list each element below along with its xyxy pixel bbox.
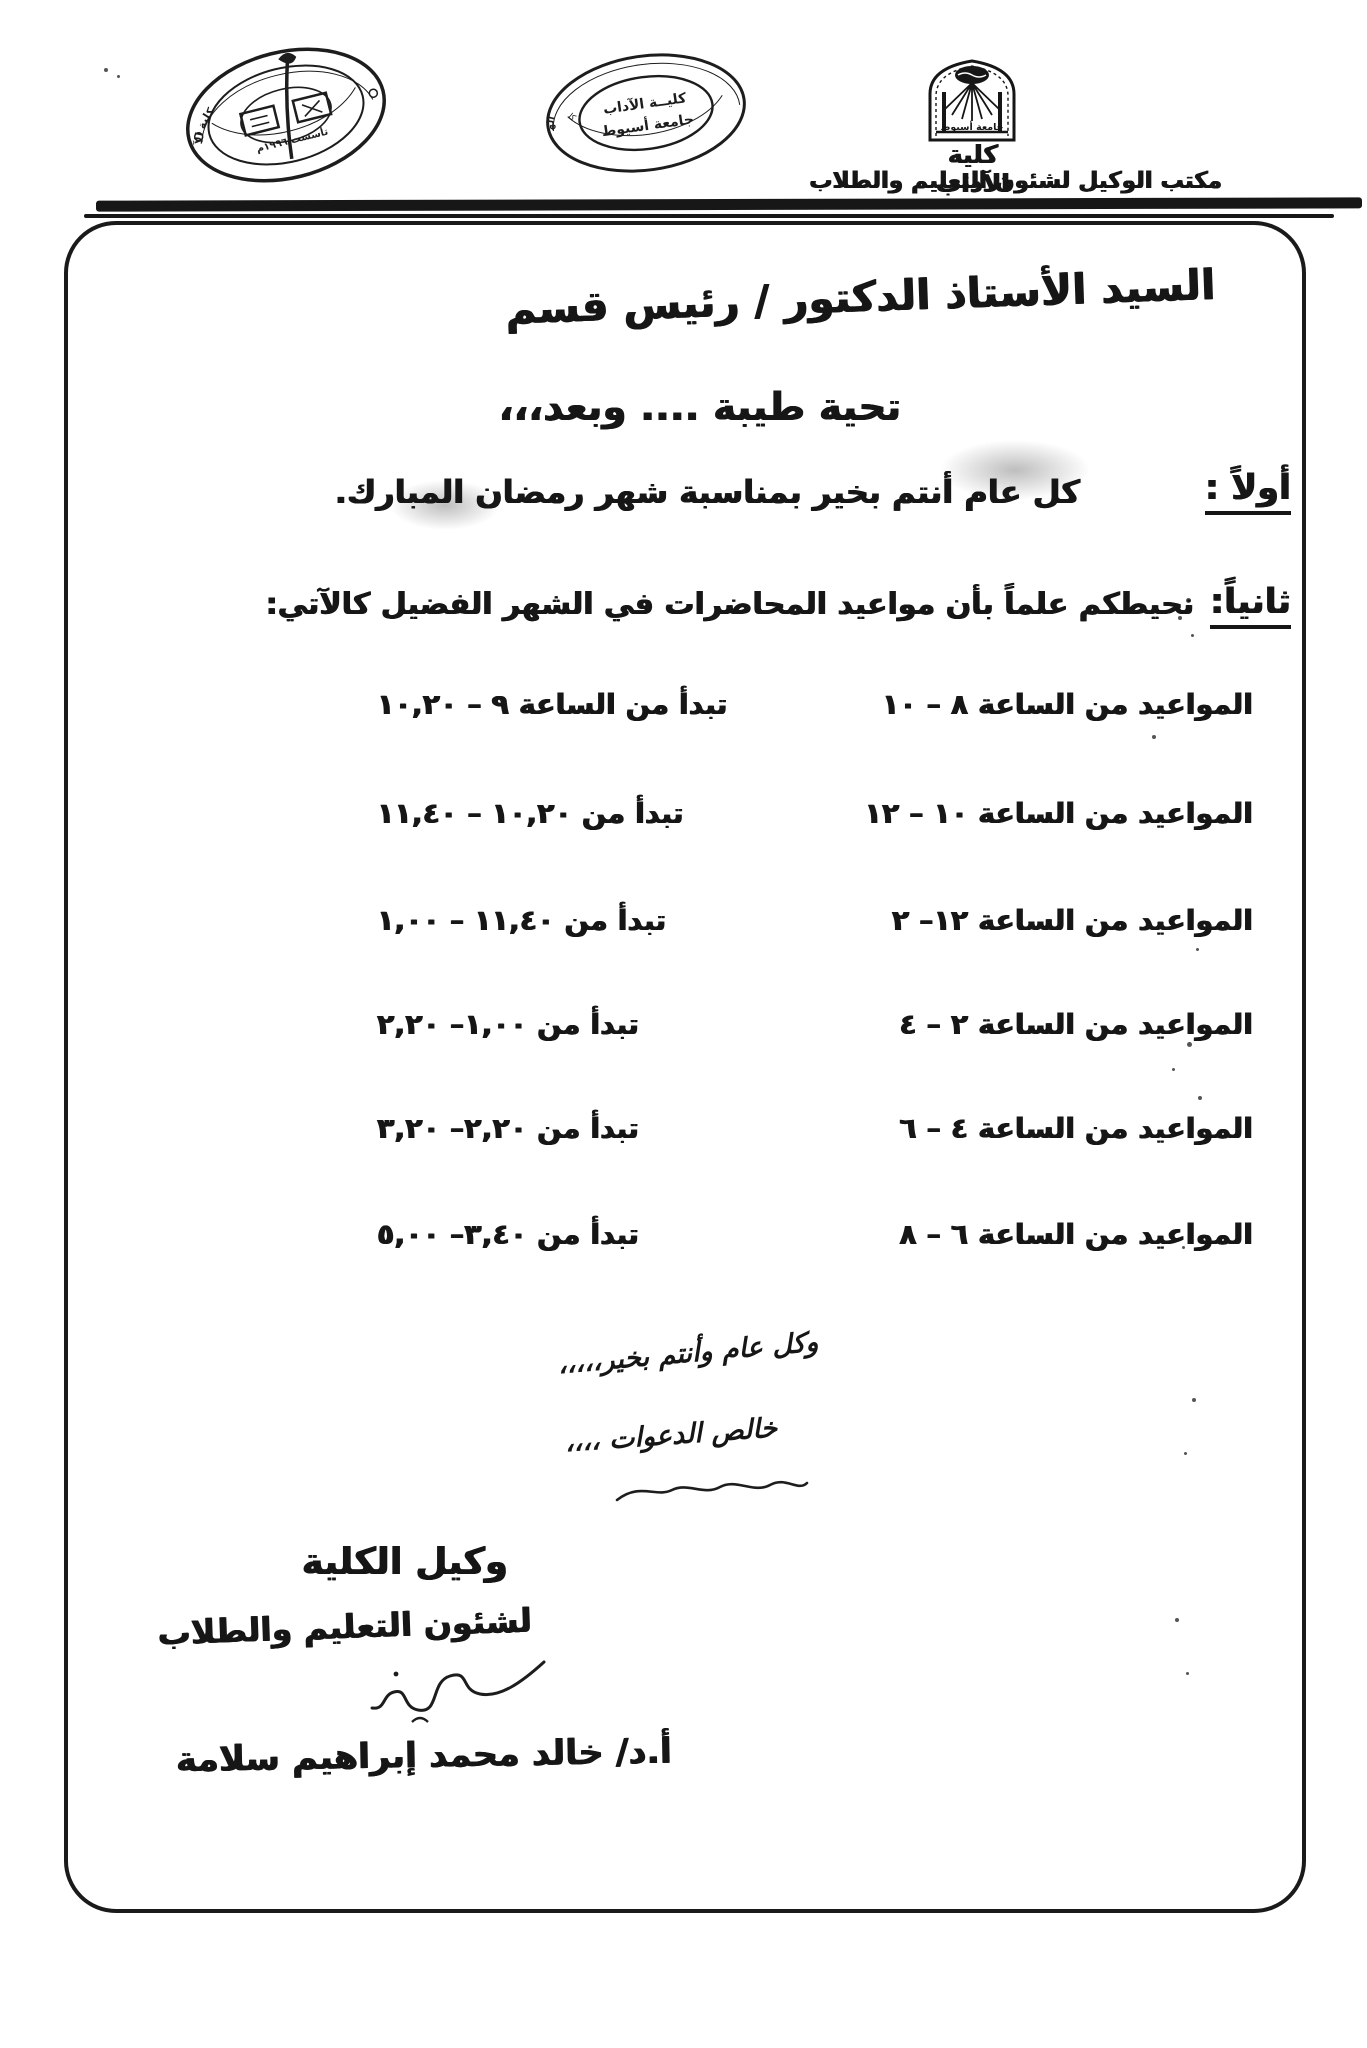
schedule-row: المواعيد من الساعة ١٠ – ١٢ تبدأ من ١٠,٢٠… [377, 797, 1253, 830]
header-rule-thin [84, 214, 1334, 218]
handwritten-flourish-icon [612, 1474, 812, 1508]
schedule-slot: المواعيد من الساعة ٨ – ١٠ [882, 688, 1253, 721]
schedule-row: المواعيد من الساعة ٤ – ٦ تبدأ من ٢,٢٠– ٣… [377, 1112, 1253, 1145]
ink-speck [117, 75, 120, 78]
ink-speck [104, 68, 108, 72]
stamp-middle-arc-bottom-text: كلية الآداب بمجمع التربية ٢٠١٨م [540, 52, 579, 129]
stamp-middle-arc-top-text: الهيئة القومية لضمان جودة التعليم والاعت… [540, 55, 559, 134]
first-item-label: أولاً : [1205, 468, 1291, 515]
first-item-row: أولاً : كل عام أنتم بخير بمناسبة شهر رمض… [335, 468, 1291, 515]
schedule-row: المواعيد من الساعة ٦ – ٨ تبدأ من ٣,٤٠– ٥… [377, 1218, 1253, 1251]
salutation-line: تحية طيبة .... وبعد،،، [470, 385, 930, 430]
schedule-slot: المواعيد من الساعة ١٠ – ١٢ [865, 797, 1253, 830]
schedule-row: المواعيد من الساعة ٨ – ١٠ تبدأ من الساعة… [377, 688, 1253, 721]
schedule-start: تبدأ من الساعة ٩ – ١٠,٢٠ [377, 688, 728, 721]
scanned-letter-page: تأسست ١٩٩٦م كلية الآداب - جامعة أسيوط مع… [0, 0, 1367, 2048]
schedule-start: تبدأ من ١١,٤٠ – ١,٠٠ [377, 904, 666, 937]
emblem-caption: جامعة أسيوط [940, 120, 1003, 133]
schedule-slot: المواعيد من الساعة ٢ – ٤ [899, 1008, 1253, 1041]
first-item-text: كل عام أنتم بخير بمناسبة شهر رمضان المبا… [335, 468, 1080, 511]
schedule-row: المواعيد من الساعة ١٢– ٢ تبدأ من ١١,٤٠ –… [377, 904, 1253, 937]
header-rule-thick [96, 197, 1362, 211]
schedule-start: تبدأ من ١٠,٢٠ – ١١,٤٠ [377, 797, 684, 830]
second-item-label: ثانياً: [1210, 582, 1291, 629]
schedule-start: تبدأ من ٢,٢٠– ٣,٢٠ [377, 1112, 639, 1145]
schedule-slot: المواعيد من الساعة ٦ – ٨ [899, 1218, 1253, 1251]
schedule-slot: المواعيد من الساعة ١٢– ٢ [892, 904, 1253, 937]
quality-oval-stamp-icon: كليــة الآداب جامعة أسيوط الهيئة القومية… [540, 50, 752, 178]
schedule-row: المواعيد من الساعة ٢ – ٤ تبدأ من ١,٠٠– ٢… [377, 1008, 1253, 1041]
second-item-text: نحيطكم علماً بأن مواعيد المحاضرات في الش… [266, 582, 1194, 622]
svg-text:كلية الآداب بمجمع التربية ٢٠١٨: كلية الآداب بمجمع التربية ٢٠١٨م [540, 52, 579, 129]
faculty-round-stamp-icon: تأسست ١٩٩٦م كلية الآداب - جامعة أسيوط مع… [180, 45, 392, 185]
office-name: مكتب الوكيل لشئون التعليم والطلاب [830, 168, 1222, 194]
svg-text:الهيئة القومية لضمان جودة التع: الهيئة القومية لضمان جودة التعليم والاعت… [540, 55, 559, 134]
schedule-start: تبدأ من ٣,٤٠– ٥,٠٠ [377, 1218, 639, 1251]
schedule-start: تبدأ من ١,٠٠– ٢,٢٠ [377, 1008, 639, 1041]
university-emblem-icon: جامعة أسيوط [916, 52, 1028, 144]
handwritten-signature-icon [352, 1652, 552, 1737]
second-item-row: ثانياً: نحيطكم علماً بأن مواعيد المحاضرا… [266, 582, 1291, 629]
schedule-slot: المواعيد من الساعة ٤ – ٦ [899, 1112, 1253, 1145]
signature-title-line1: وكيل الكلية [318, 1540, 508, 1583]
